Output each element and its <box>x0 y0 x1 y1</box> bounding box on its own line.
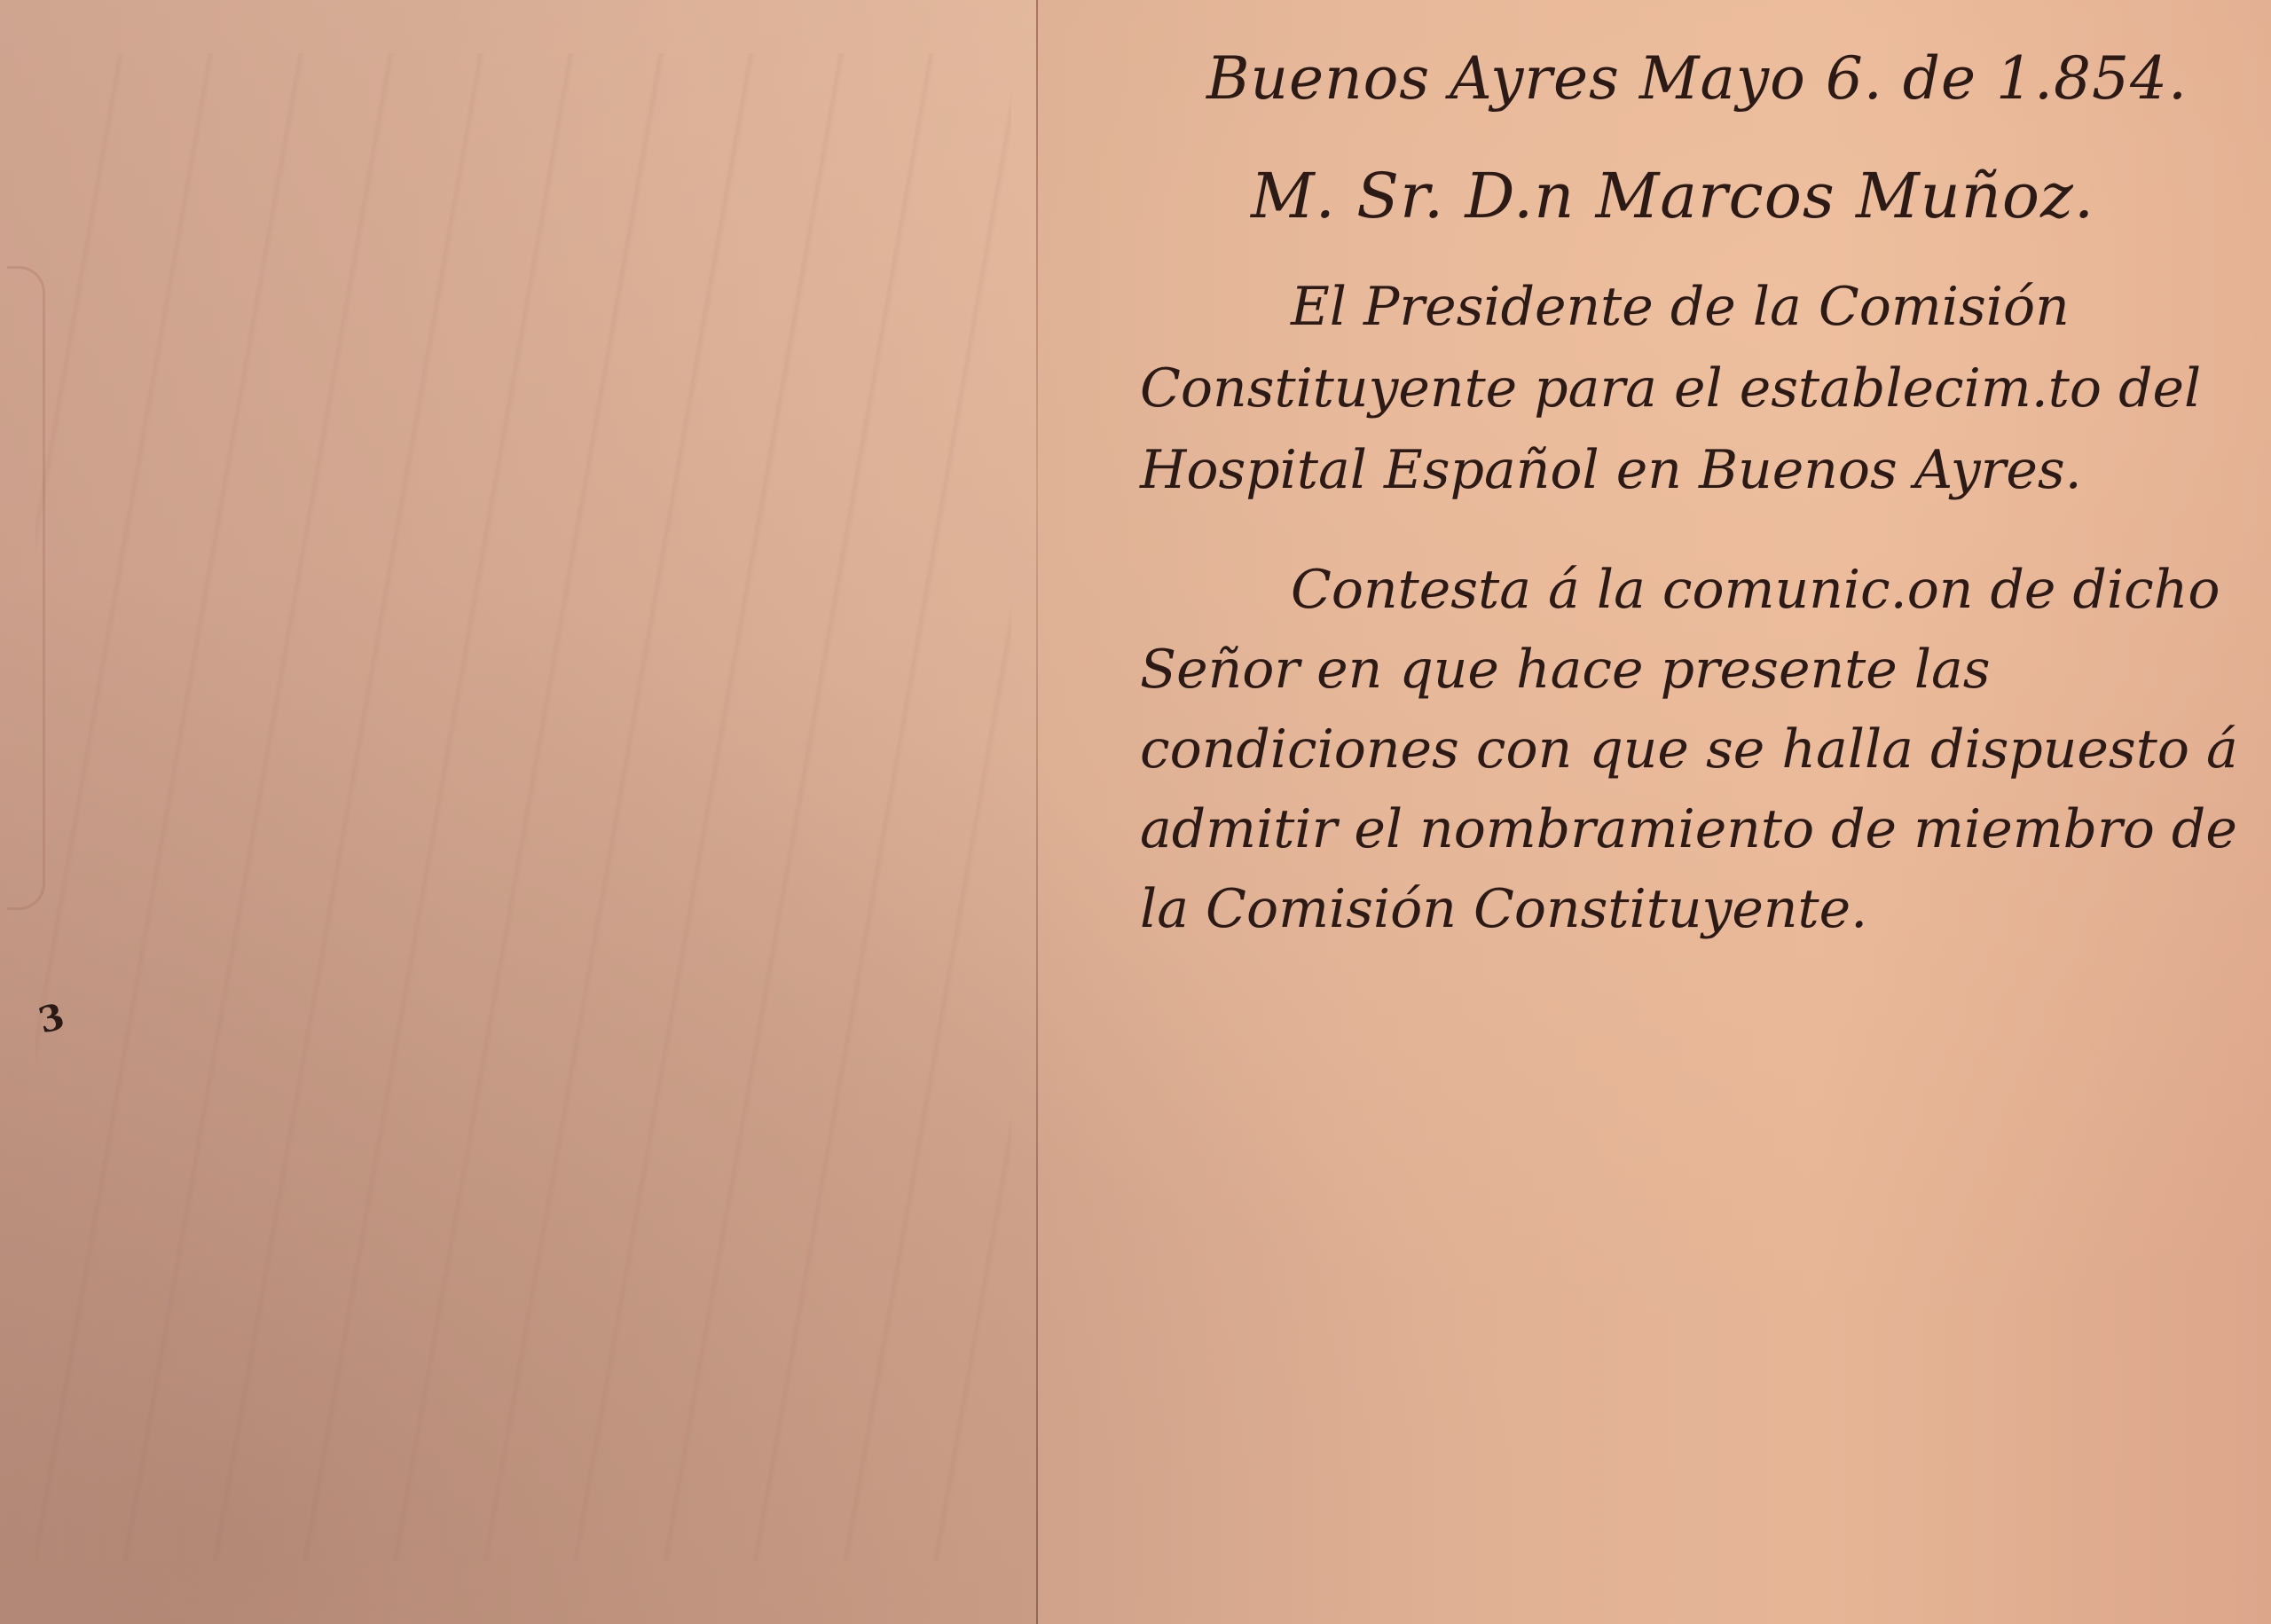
paragraph-1-text: El Presidente de la Comisión Constituyen… <box>1140 266 2249 511</box>
paragraph-2-text: Contesta á la comunic.on de dicho Señor … <box>1140 550 2249 949</box>
addressee: M. Sr. D.n Marcos Muñoz. <box>1251 160 2094 232</box>
ink-bleed-through <box>35 53 1011 1561</box>
letter-body-paragraph-1: El Presidente de la Comisión Constituyen… <box>1140 266 2249 511</box>
dateline: Buenos Ayres Mayo 6. de 1.854. <box>1206 44 2188 113</box>
letter-body-paragraph-2: Contesta á la comunic.on de dicho Señor … <box>1140 550 2249 949</box>
margin-frame <box>7 266 45 910</box>
document-photo: 3 Buenos Ayres Mayo 6. de 1.854. M. Sr. … <box>0 0 2271 1624</box>
left-page: 3 <box>0 0 1038 1624</box>
